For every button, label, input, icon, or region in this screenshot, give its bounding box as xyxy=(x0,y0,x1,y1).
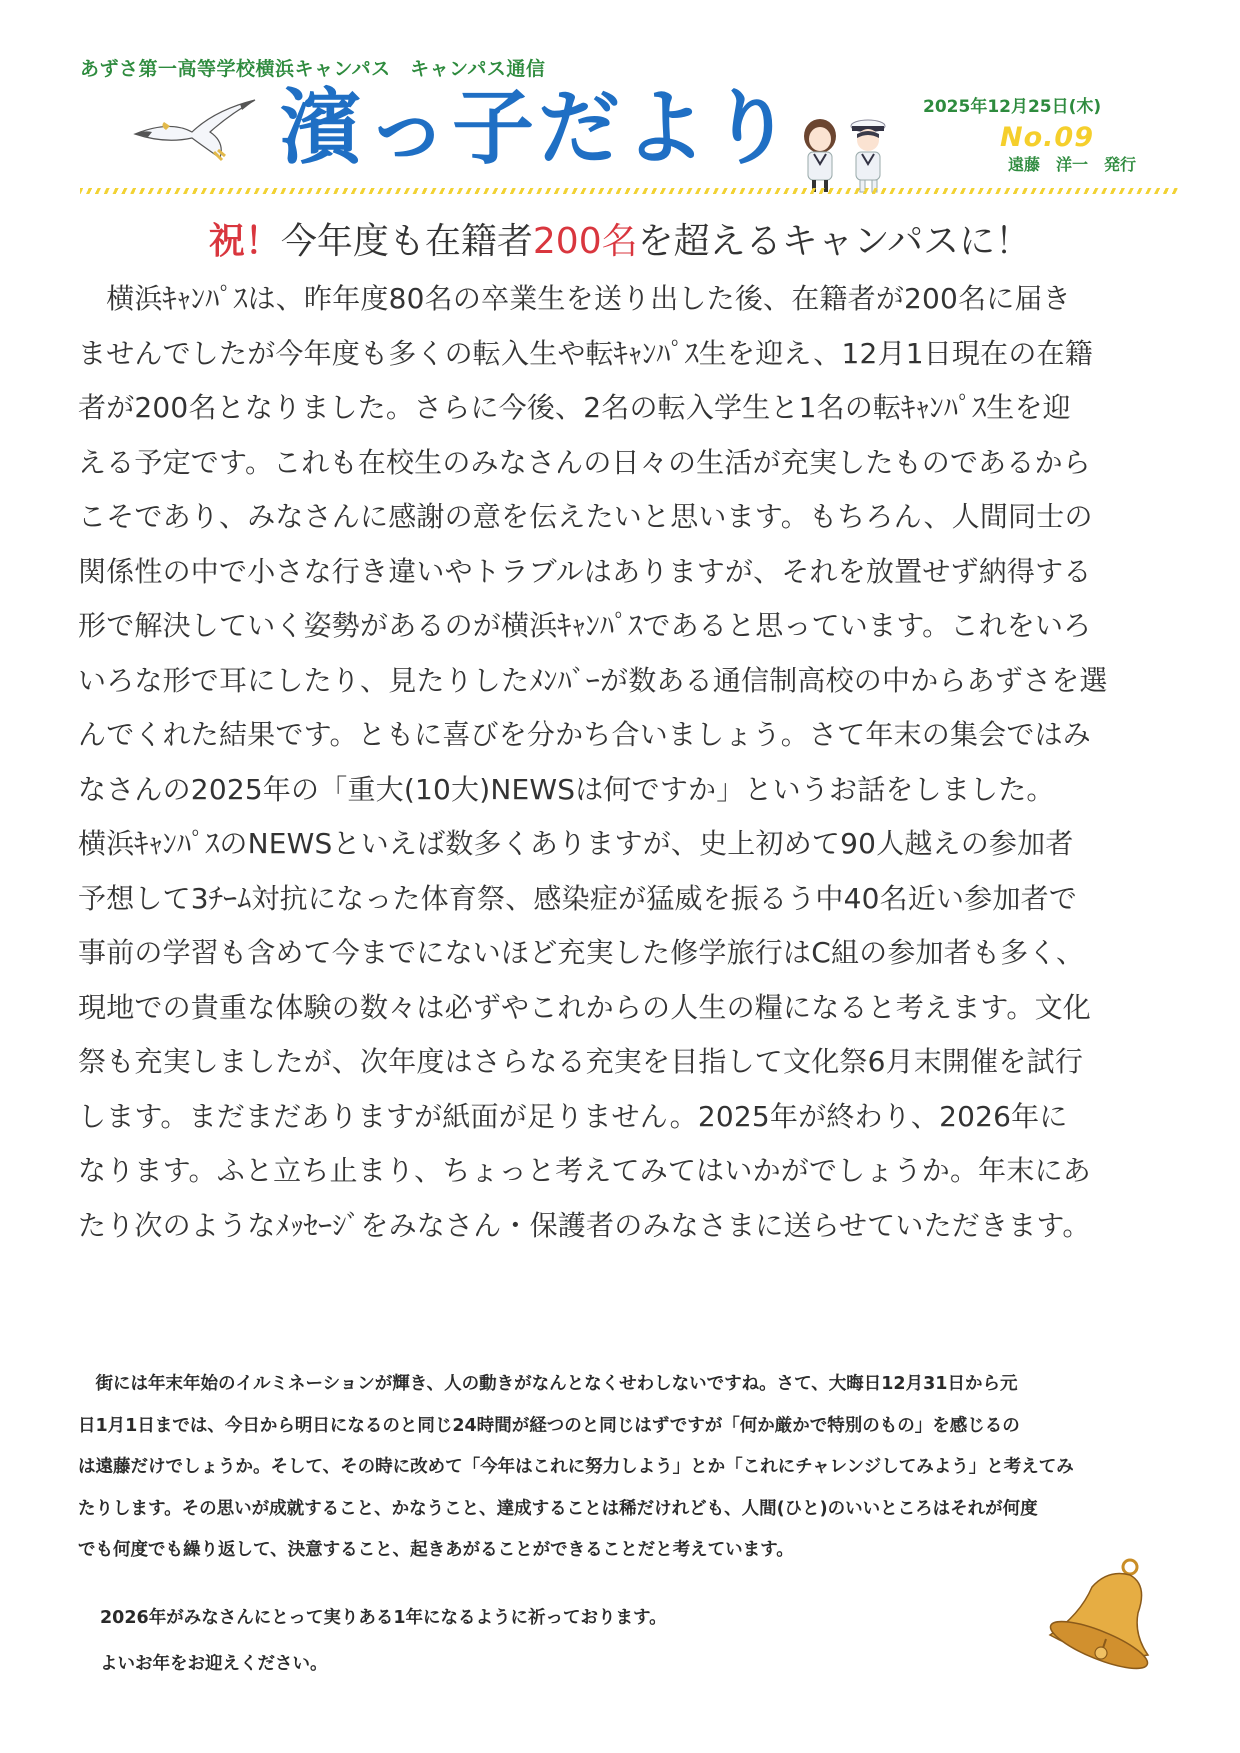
bell-icon xyxy=(1030,1555,1165,1680)
body-line: ませんでしたが今年度も多くの転入生や転ｷｬﾝﾊﾟｽ生を迎え、12月1日現在の在籍 xyxy=(78,327,1188,382)
header-divider xyxy=(80,188,1180,194)
body-line: こそであり、みなさんに感謝の意を伝えたいと思います。もちろん、人間同士の xyxy=(78,490,1188,545)
year-end-message: 街には年末年始のイルミネーションが輝き、人の動きがなんとなくせわしないですね。さ… xyxy=(78,1364,1188,1572)
body-line: なります。ふと立ち止まり、ちょっと考えてみてはいかがでしょうか。年末にあ xyxy=(78,1144,1188,1199)
body-line: 祭も充実しましたが、次年度はさらなる充実を目指して文化祭6月末開催を試行 xyxy=(78,1035,1188,1090)
headline-part1: 今年度も在籍者 xyxy=(281,221,533,262)
message-line: 日1月1日までは、今日から明日になるのと同じ24時間が経つのと同じはずですが「何… xyxy=(78,1406,1188,1448)
newsletter-title: 濱っ子だより xyxy=(280,88,796,170)
article-body: 横浜ｷｬﾝﾊﾟｽは、昨年度80名の卒業生を送り出した後、在籍者が200名に届き … xyxy=(78,272,1188,1253)
closing-message: 2026年がみなさんにとって実りある1年になるように祈っております。 よいお年を… xyxy=(100,1595,667,1687)
body-line: なさんの2025年の「重大(10大)NEWSは何ですか」というお話をしました。 xyxy=(78,763,1188,818)
body-line: いろな形で耳にしたり、見たりしたﾒﾝﾊﾞｰが数ある通信制高校の中からあずさを選 xyxy=(78,654,1188,709)
body-line: 者が200名となりました。さらに今後、2名の転入学生と1名の転ｷｬﾝﾊﾟｽ生を迎 xyxy=(78,381,1188,436)
closing-line: 2026年がみなさんにとって実りある1年になるように祈っております。 xyxy=(100,1595,667,1641)
body-line: 現地での貴重な体験の数々は必ずやこれからの人生の糧になると考えます。文化 xyxy=(78,981,1188,1036)
headline-prefix: 祝！ xyxy=(209,221,281,262)
seagull-icon xyxy=(130,92,260,162)
issue-number: No.09 xyxy=(1000,122,1094,153)
message-line: たりします。その思いが成就すること、かなうこと、達成することは稀だけれども、人間… xyxy=(78,1489,1188,1531)
message-line: 街には年末年始のイルミネーションが輝き、人の動きがなんとなくせわしないですね。さ… xyxy=(78,1364,1188,1406)
body-line: 形で解決していく姿勢があるのが横浜ｷｬﾝﾊﾟｽであると思っています。これをいろ xyxy=(78,599,1188,654)
body-line: たり次のようなﾒｯｾｰｼﾞをみなさん・保護者のみなさまに送らせていただきます。 xyxy=(78,1199,1188,1254)
body-line: 予想して3ﾁｰﾑ対抗になった体育祭、感染症が猛威を振るう中40名近い参加者で xyxy=(78,872,1188,927)
body-line: 事前の学習も含めて今までにないほど充実した修学旅行はC組の参加者も多く、 xyxy=(78,926,1188,981)
publisher-label: 遠藤 洋一 発行 xyxy=(1008,152,1136,175)
headline: 祝！今年度も在籍者200名を超えるキャンパスに！ xyxy=(0,213,1240,264)
message-line: は遠藤だけでしょうか。そして、その時に改めて「今年はこれに努力しよう」とか「これ… xyxy=(78,1447,1188,1489)
body-line: します。まだまだありますが紙面が足りません。2025年が終わり、2026年に xyxy=(78,1090,1188,1145)
headline-number: 200名 xyxy=(533,221,638,262)
body-line: 関係性の中で小さな行き違いやトラブルはありますが、それを放置せず納得する xyxy=(78,545,1188,600)
sailor-characters-icon xyxy=(790,112,902,194)
message-line: でも何度でも繰り返して、決意すること、起きあがることができることだと考えています… xyxy=(78,1530,1188,1572)
body-line: 横浜ｷｬﾝﾊﾟｽのNEWSといえば数多くありますが、史上初めて90人越えの参加者 xyxy=(78,817,1188,872)
issue-date: 2025年12月25日(木) xyxy=(923,92,1101,117)
body-line: 横浜ｷｬﾝﾊﾟｽは、昨年度80名の卒業生を送り出した後、在籍者が200名に届き xyxy=(78,272,1188,327)
body-line: んでくれた結果です。ともに喜びを分かち合いましょう。さて年末の集会ではみ xyxy=(78,708,1188,763)
body-line: える予定です。これも在校生のみなさんの日々の生活が充実したものであるから xyxy=(78,436,1188,491)
closing-line: よいお年をお迎えください。 xyxy=(100,1641,667,1687)
organization-label: あずさ第一高等学校横浜キャンパス キャンパス通信 xyxy=(80,54,545,81)
headline-part2: を超えるキャンパスに！ xyxy=(638,221,1031,262)
